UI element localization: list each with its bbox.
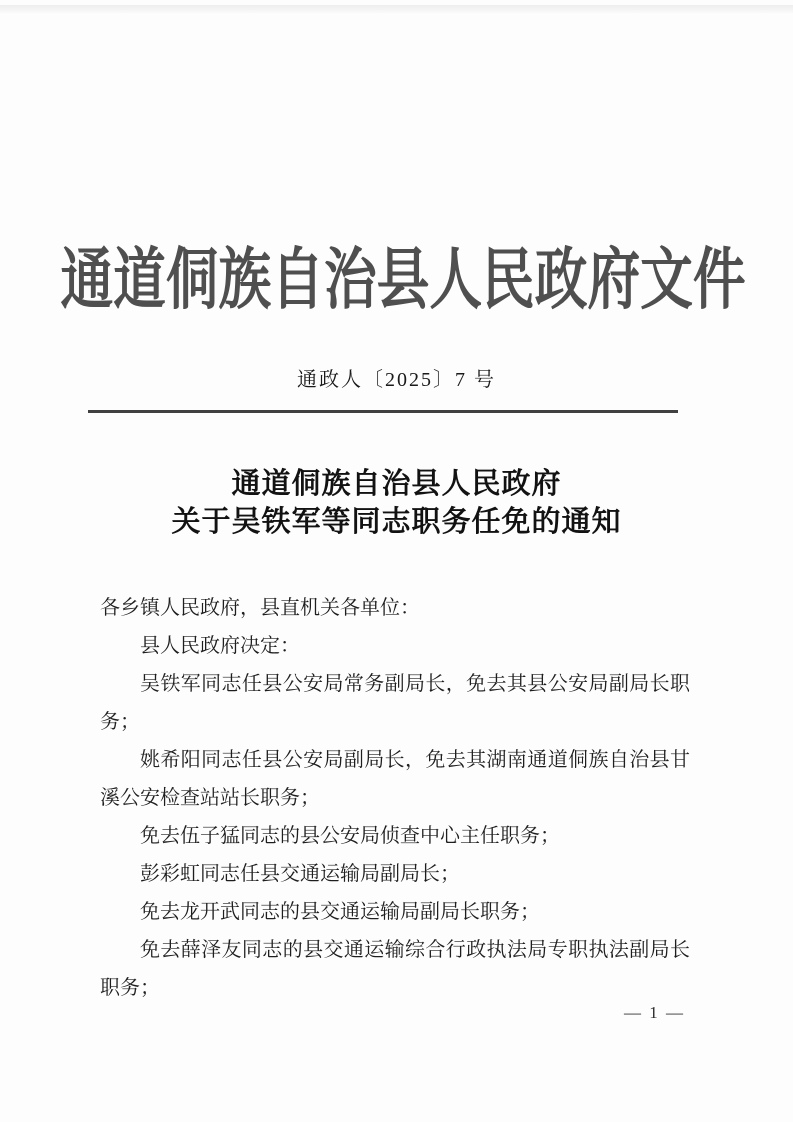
paragraph: 免去龙开武同志的县交通运输局副局长职务； — [100, 893, 690, 931]
notice-title: 通道侗族自治县人民政府 关于吴铁军等同志职务任免的通知 — [0, 465, 793, 541]
salutation: 各乡镇人民政府，县直机关各单位： — [100, 589, 690, 627]
paragraph: 吴铁军同志任县公安局常务副局长，免去其县公安局副局长职务； — [100, 665, 690, 741]
scan-edge-artifact — [0, 5, 793, 13]
letterhead: 通道侗族自治县人民政府文件 — [0, 244, 793, 312]
document-page: 通道侗族自治县人民政府文件 通政人〔2025〕7 号 通道侗族自治县人民政府 关… — [0, 0, 793, 1122]
document-body: 各乡镇人民政府，县直机关各单位： 县人民政府决定： 吴铁军同志任县公安局常务副局… — [100, 589, 690, 1007]
letterhead-title: 通道侗族自治县人民政府文件 — [60, 244, 745, 317]
paragraph: 免去伍子猛同志的县公安局侦查中心主任职务； — [100, 817, 690, 855]
paragraph: 免去薛泽友同志的县交通运输综合行政执法局专职执法副局长职务； — [100, 931, 690, 1007]
notice-title-line2: 关于吴铁军等同志职务任免的通知 — [0, 503, 793, 541]
paragraph: 姚希阳同志任县公安局副局长，免去其湖南通道侗族自治县甘溪公安检查站站长职务； — [100, 741, 690, 817]
page-number: — 1 — — [624, 1002, 685, 1024]
paragraph: 县人民政府决定： — [100, 627, 690, 665]
letterhead-divider-rule — [88, 410, 678, 413]
notice-title-line1: 通道侗族自治县人民政府 — [0, 465, 793, 503]
paragraph: 彭彩虹同志任县交通运输局副局长； — [100, 855, 690, 893]
document-number: 通政人〔2025〕7 号 — [0, 367, 793, 393]
